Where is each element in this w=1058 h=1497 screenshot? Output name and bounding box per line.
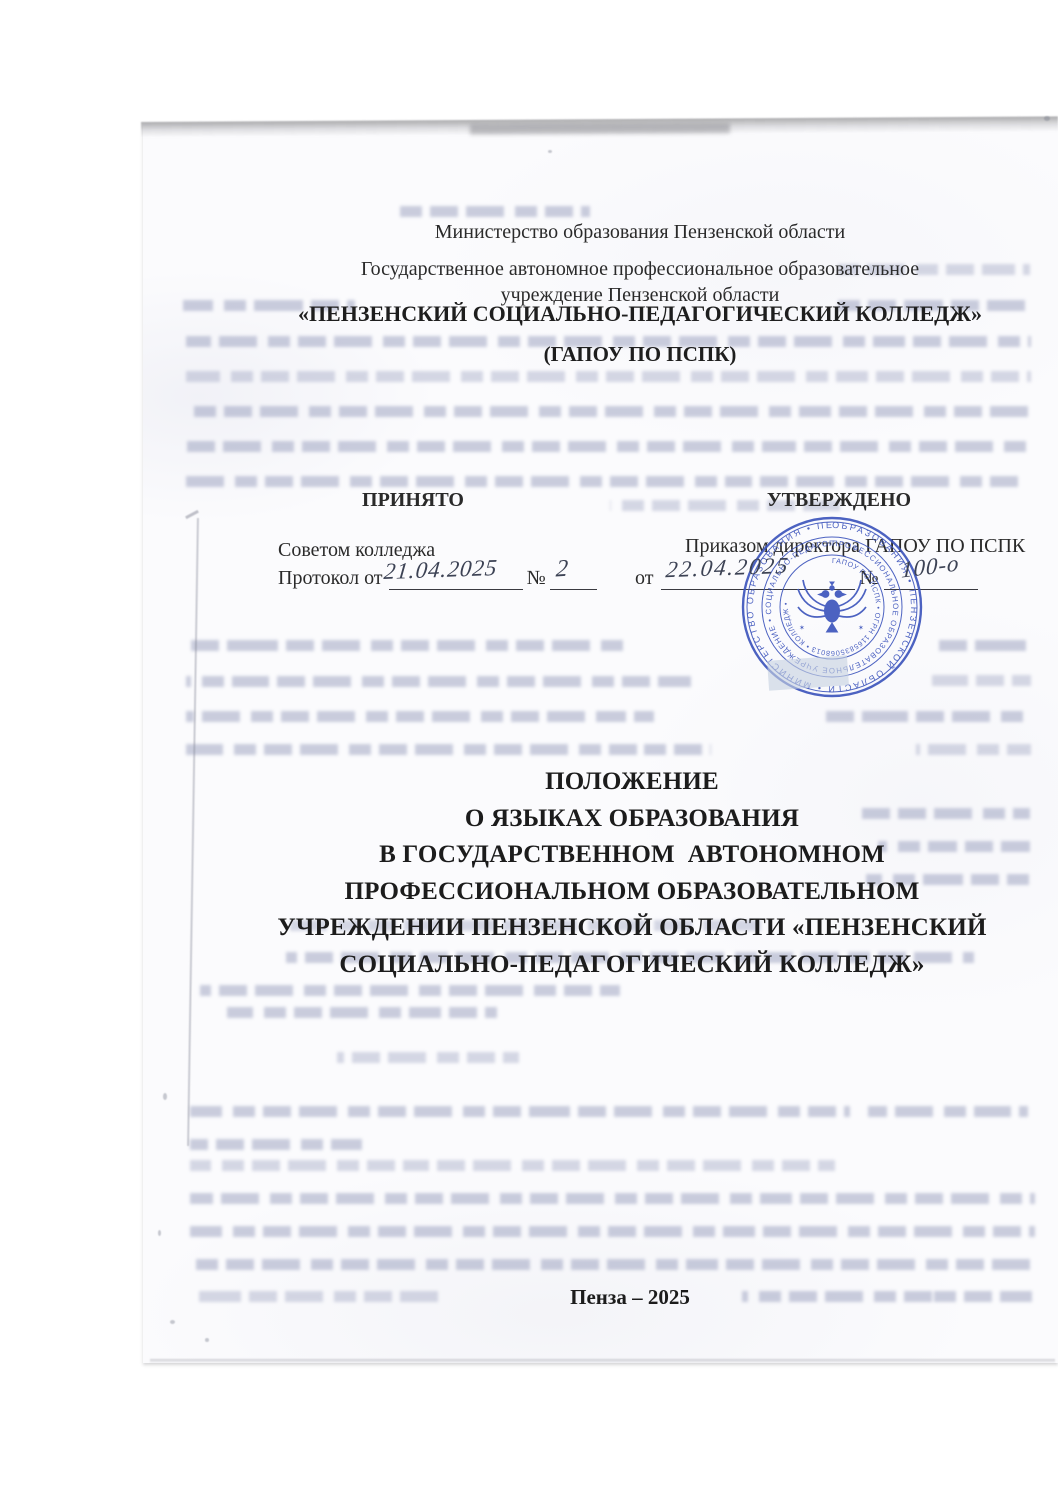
bleedthrough-text-line [190,1226,1035,1237]
handwritten-protocol-date: 21.04.2025 [383,555,499,585]
bleedthrough-text-line [932,675,1031,686]
bleedthrough-text-line [936,640,1031,651]
approved-heading: УТВЕРЖДЕНО [689,489,989,512]
scan-speck [170,1320,175,1324]
bleedthrough-text-line [186,640,626,651]
bleedthrough-text-line [190,1193,1035,1204]
bleedthrough-text-line [337,1052,519,1063]
bleedthrough-text-line [826,711,1031,722]
bleedthrough-text-line [186,744,711,755]
bleedthrough-text-line [186,676,691,687]
title-line-4: ПРОФЕССИОНАЛЬНОМ ОБРАЗОВАТЕЛЬНОМ [182,874,1058,911]
stamp-star-right: ✶ [858,624,864,632]
bleedthrough-text-line [190,1259,1035,1270]
organization-abbreviation: (ГАПОУ ПО ПСПК) [225,342,1055,367]
title-line-1: ПОЛОЖЕНИЕ [182,764,1058,801]
organization-line-1: Государственное автономное профессиональ… [225,256,1055,282]
title-line-6: СОЦИАЛЬНО-ПЕДАГОГИЧЕСКИЙ КОЛЛЕДЖ» [182,947,1058,984]
handwritten-order-date: 22.04.2025 [664,553,791,583]
stamp-star-left: ✶ [799,624,805,632]
title-line-2: О ЯЗЫКАХ ОБРАЗОВАНИЯ [182,801,1058,838]
accepted-heading: ПРИНЯТО [283,489,543,512]
protocol-number-label: № [527,567,546,590]
scanned-document-page: { "doc": { "ministry": "Министерство обр… [0,0,1058,1497]
organization-name: «ПЕНЗЕНСКИЙ СОЦИАЛЬНО-ПЕДАГОГИЧЕСКИЙ КОЛ… [225,301,1055,327]
title-line-5: УЧРЕЖДЕНИИ ПЕНЗЕНСКОЙ ОБЛАСТИ «ПЕНЗЕНСКИ… [182,910,1058,947]
bleedthrough-text-line [186,406,1031,417]
scan-speck [548,150,552,153]
double-headed-eagle-emblem [798,580,866,632]
protocol-label: Протокол от [278,567,383,590]
city-year-footer: Пенза – 2025 [380,1285,880,1310]
bleedthrough-text-line [868,1106,1028,1117]
ministry-line: Министерство образования Пензенской обла… [225,221,1055,244]
scan-speck [163,1093,167,1100]
official-round-stamp: ОБРАЗОВАНИЯ • ПЕНЗЕНСКОЙ ОБЛАСТИ • МИНИС… [741,516,923,698]
bleedthrough-text-line [186,371,1031,382]
bleedthrough-text-line [190,1160,835,1171]
bleedthrough-text-line [916,744,1031,755]
document-title: ПОЛОЖЕНИЕ О ЯЗЫКАХ ОБРАЗОВАНИЯ В ГОСУДАР… [182,764,1058,984]
scan-speck [158,1230,161,1236]
order-date-label: от [635,567,653,590]
title-line-3: В ГОСУДАРСТВЕННОМ АВТОНОМНОМ [182,837,1058,874]
handwritten-protocol-number: 2 [555,555,569,583]
bleedthrough-text-line [190,1139,362,1150]
bleedthrough-text-line [186,476,1026,487]
bleedthrough-text-line [227,1007,497,1018]
scan-speck [205,1338,209,1342]
bleedthrough-text-line [190,1106,850,1117]
bleedthrough-text-line [186,711,654,722]
scan-speck [1044,116,1050,121]
bleedthrough-text-line [186,441,1033,452]
stamp-light-patch [767,655,849,691]
bleedthrough-text-line [200,985,620,996]
bleedthrough-text-line [400,206,590,217]
